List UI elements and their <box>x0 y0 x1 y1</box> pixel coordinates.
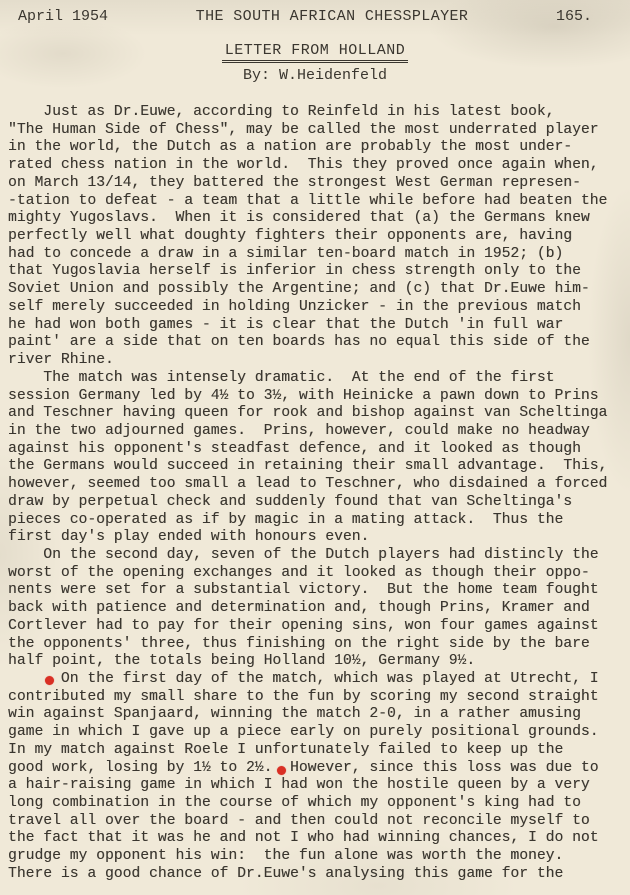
article-title: LETTER FROM HOLLAND <box>222 42 409 63</box>
paragraph-2: The match was intensely dramatic. At the… <box>8 370 628 547</box>
article-body: Just as Dr.Euwe, according to Reinfeld i… <box>8 104 628 884</box>
scanned-page: April 1954 THE SOUTH AFRICAN CHESSPLAYER… <box>0 0 630 895</box>
page-header: April 1954 THE SOUTH AFRICAN CHESSPLAYER… <box>0 8 630 25</box>
paragraph-3: On the second day, seven of the Dutch pl… <box>8 547 628 671</box>
article-title-row: LETTER FROM HOLLAND <box>0 41 630 63</box>
red-bullet-marker-2 <box>277 766 286 775</box>
issue-date: April 1954 <box>18 8 108 25</box>
article-byline: By: W.Heidenfeld <box>0 67 630 84</box>
page-number: 165. <box>556 8 592 25</box>
red-bullet-marker-1 <box>45 676 54 685</box>
paragraph-4: On the first day of the match, which was… <box>8 671 628 884</box>
publication-title: THE SOUTH AFRICAN CHESSPLAYER <box>196 8 469 25</box>
paragraph-1: Just as Dr.Euwe, according to Reinfeld i… <box>8 104 628 370</box>
